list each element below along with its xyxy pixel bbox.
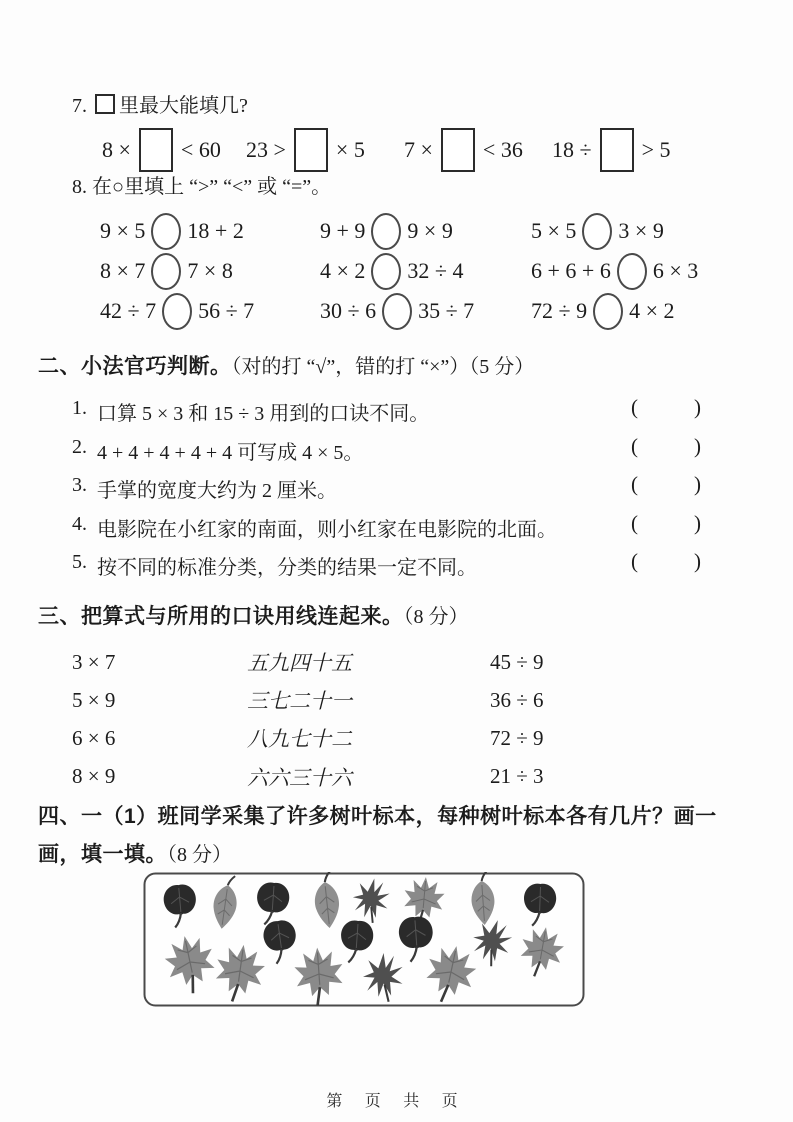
judgment-item-number: 3.	[72, 474, 87, 497]
question-7-equations: 8 ×< 6023 >× 57 ×< 3618 ÷> 5	[0, 126, 793, 174]
judgment-blank[interactable]: ()	[631, 395, 701, 420]
judgment-blank[interactable]: ()	[631, 434, 701, 459]
paren-close: )	[694, 472, 701, 497]
q8-comparison-cell: 6 + 6 + 66 × 3	[531, 251, 698, 291]
question-7-number: 7.	[72, 95, 87, 117]
q8-comparison-cell: 8 × 77 × 8	[100, 251, 320, 291]
judgment-blank[interactable]: ()	[631, 472, 701, 497]
match-expression[interactable]: 3 × 7	[72, 643, 247, 681]
q8-left-expression: 6 + 6 + 6	[531, 258, 611, 284]
section-3-heading-rest: （8 分）	[404, 606, 469, 628]
section-2-heading-bold: 二、小法官巧判断。	[38, 355, 232, 378]
q8-right-expression: 6 × 3	[653, 258, 698, 284]
q8-left-expression: 9 + 9	[320, 218, 365, 244]
q7-equation: 23 >× 5	[246, 126, 365, 174]
q8-comparison-cell: 72 ÷ 94 × 2	[531, 291, 698, 331]
paren-open: (	[631, 434, 638, 459]
q8-comparison-cell: 9 × 518 + 2	[100, 211, 320, 251]
match-expression[interactable]: 8 × 9	[72, 758, 247, 796]
question-8-title: 8. 在○里填上 “>” “<” 或 “=”。	[72, 174, 331, 200]
judgment-item-number: 2.	[72, 436, 87, 459]
q7-eq-post: < 60	[181, 137, 221, 163]
match-quotient[interactable]: 72 ÷ 9	[490, 719, 544, 757]
q8-right-expression: 18 + 2	[187, 218, 243, 244]
match-mnemonic[interactable]: 八九七十二	[247, 719, 490, 757]
q8-comparison-cell: 5 × 53 × 9	[531, 211, 698, 251]
section-3-matching-grid: 3 × 7五九四十五45 ÷ 95 × 9三七二十一36 ÷ 66 × 6八九七…	[72, 643, 544, 796]
judgment-item-number: 5.	[72, 551, 87, 574]
q8-left-expression: 5 × 5	[531, 218, 576, 244]
judgment-item-text: 电影院在小红家的南面，则小红家在电影院的北面。	[97, 513, 557, 542]
paren-open: (	[631, 395, 638, 420]
match-expression[interactable]: 6 × 6	[72, 719, 247, 757]
q7-equation: 18 ÷> 5	[552, 126, 671, 174]
page-footer: 第 页 共 页	[0, 1088, 793, 1111]
q7-eq-pre: 8 ×	[102, 137, 131, 163]
question-7-title: 7.里最大能填几?	[72, 93, 248, 119]
section-4-heading-line1: 四、一（1）班同学采集了许多树叶标本，每种树叶标本各有几片？画一	[38, 800, 717, 830]
answer-box[interactable]	[600, 128, 634, 172]
question-8-grid: 9 × 518 + 29 + 99 × 95 × 53 × 98 × 77 × …	[100, 211, 698, 331]
match-expression[interactable]: 5 × 9	[72, 681, 247, 719]
q8-left-expression: 30 ÷ 6	[320, 298, 376, 324]
q8-comparison-cell: 42 ÷ 756 ÷ 7	[100, 291, 320, 331]
q8-left-expression: 42 ÷ 7	[100, 298, 156, 324]
q7-eq-pre: 18 ÷	[552, 137, 592, 163]
section-2-heading-rest: （对的打 “√”，错的打 “×”）（5 分）	[232, 356, 535, 378]
compare-circle[interactable]	[582, 213, 612, 250]
paren-close: )	[694, 395, 701, 420]
answer-box[interactable]	[441, 128, 475, 172]
q8-left-expression: 72 ÷ 9	[531, 298, 587, 324]
judgment-item-text: 口算 5 × 3 和 15 ÷ 3 用到的口诀不同。	[97, 397, 429, 426]
paren-close: )	[694, 434, 701, 459]
judgment-item: 5.按不同的标准分类，分类的结果一定不同。()	[0, 545, 793, 584]
judgment-item-number: 4.	[72, 513, 87, 536]
q8-right-expression: 56 ÷ 7	[198, 298, 254, 324]
q8-right-expression: 35 ÷ 7	[418, 298, 474, 324]
paren-open: (	[631, 472, 638, 497]
match-quotient[interactable]: 21 ÷ 3	[490, 758, 544, 796]
section-4-heading-line2: 画，填一填。（8 分）	[38, 838, 232, 868]
q7-eq-post: < 36	[483, 137, 523, 163]
q8-comparison-cell: 4 × 232 ÷ 4	[320, 251, 531, 291]
paren-close: )	[694, 511, 701, 536]
match-mnemonic[interactable]: 五九四十五	[247, 643, 490, 681]
q7-eq-post: × 5	[336, 137, 365, 163]
judgment-item: 3.手掌的宽度大约为 2 厘米。()	[0, 468, 793, 507]
match-mnemonic[interactable]: 三七二十一	[247, 681, 490, 719]
match-quotient[interactable]: 45 ÷ 9	[490, 643, 544, 681]
paren-close: )	[694, 549, 701, 574]
section-3-heading-bold: 三、把算式与所用的口诀用线连起来。	[38, 605, 404, 628]
match-quotient[interactable]: 36 ÷ 6	[490, 681, 544, 719]
section-4-heading-line1-text: 四、一（1）班同学采集了许多树叶标本，每种树叶标本各有几片？画一	[38, 805, 717, 828]
judgment-blank[interactable]: ()	[631, 511, 701, 536]
section-4-heading-line2-rest: （8 分）	[167, 844, 232, 866]
q7-eq-pre: 7 ×	[404, 137, 433, 163]
compare-circle[interactable]	[151, 253, 181, 290]
judgment-item: 4.电影院在小红家的南面，则小红家在电影院的北面。()	[0, 507, 793, 546]
judgment-item: 1.口算 5 × 3 和 15 ÷ 3 用到的口诀不同。()	[0, 391, 793, 430]
judgment-item-text: 4 + 4 + 4 + 4 + 4 可写成 4 × 5。	[97, 436, 363, 465]
judgment-item: 2.4 + 4 + 4 + 4 + 4 可写成 4 × 5。()	[0, 430, 793, 469]
q8-left-expression: 4 × 2	[320, 258, 365, 284]
q8-left-expression: 8 × 7	[100, 258, 145, 284]
leaf-specimen-box	[143, 872, 585, 1007]
section-4-heading-line2-bold: 画，填一填。	[38, 843, 167, 866]
worksheet-page: 7.里最大能填几? 8 ×< 6023 >× 57 ×< 3618 ÷> 5 8…	[0, 0, 793, 1122]
q8-comparison-cell: 30 ÷ 635 ÷ 7	[320, 291, 531, 331]
paren-open: (	[631, 549, 638, 574]
compare-circle[interactable]	[617, 253, 647, 290]
paren-open: (	[631, 511, 638, 536]
answer-box[interactable]	[139, 128, 173, 172]
question-7-text: 里最大能填几?	[119, 95, 248, 117]
q7-eq-post: > 5	[642, 137, 671, 163]
q8-right-expression: 9 × 9	[407, 218, 452, 244]
compare-circle[interactable]	[382, 293, 412, 330]
compare-circle[interactable]	[162, 293, 192, 330]
judgment-blank[interactable]: ()	[631, 549, 701, 574]
answer-box[interactable]	[294, 128, 328, 172]
question-8-number: 8.	[72, 176, 87, 198]
q8-right-expression: 7 × 8	[187, 258, 232, 284]
q8-right-expression: 32 ÷ 4	[407, 258, 463, 284]
q8-comparison-cell: 9 + 99 × 9	[320, 211, 531, 251]
section-2-judgment-list: 1.口算 5 × 3 和 15 ÷ 3 用到的口诀不同。()2.4 + 4 + …	[0, 391, 793, 584]
q8-right-expression: 3 × 9	[618, 218, 663, 244]
judgment-item-text: 手掌的宽度大约为 2 厘米。	[97, 474, 337, 503]
q8-left-expression: 9 × 5	[100, 218, 145, 244]
compare-circle[interactable]	[151, 213, 181, 250]
section-3-heading: 三、把算式与所用的口诀用线连起来。（8 分）	[38, 600, 469, 630]
compare-circle[interactable]	[593, 293, 623, 330]
blank-box-icon	[95, 94, 115, 114]
match-mnemonic[interactable]: 六六三十六	[247, 758, 490, 796]
section-2-heading: 二、小法官巧判断。（对的打 “√”，错的打 “×”）（5 分）	[38, 350, 534, 380]
q7-eq-pre: 23 >	[246, 137, 286, 163]
question-8-text: 在○里填上 “>” “<” 或 “=”。	[92, 176, 331, 198]
q7-equation: 8 ×< 60	[102, 126, 221, 174]
q7-equation: 7 ×< 36	[404, 126, 523, 174]
compare-circle[interactable]	[371, 253, 401, 290]
judgment-item-text: 按不同的标准分类，分类的结果一定不同。	[97, 551, 477, 580]
judgment-item-number: 1.	[72, 397, 87, 420]
q8-right-expression: 4 × 2	[629, 298, 674, 324]
compare-circle[interactable]	[371, 213, 401, 250]
